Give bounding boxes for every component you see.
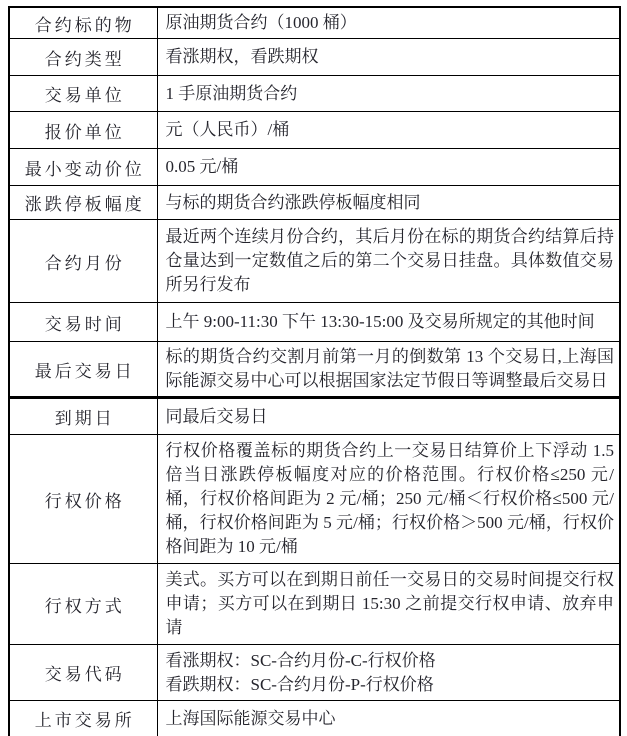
row-label: 合约类型 xyxy=(9,39,157,76)
row-value: 美式。买方可以在到期日前任一交易日的交易时间提交行权申请；买方可以在到期日 15… xyxy=(157,564,620,645)
table-row-trading-unit: 交易单位 1 手原油期货合约 xyxy=(9,76,620,112)
row-value: 原油期货合约（1000 桶） xyxy=(157,7,620,39)
row-value: 标的期货合约交割月前第一月的倒数第 13 个交易日,上海国际能源交易中心可以根据… xyxy=(157,342,620,398)
table-row-ticker-symbol: 交易代码 看涨期权：SC-合约月份-C-行权价格 看跌期权：SC-合约月份-P-… xyxy=(9,645,620,701)
row-value: 0.05 元/桶 xyxy=(157,149,620,186)
document-page: 合约标的物 原油期货合约（1000 桶） 合约类型 看涨期权，看跌期权 交易单位… xyxy=(0,0,627,736)
table-row-underlying: 合约标的物 原油期货合约（1000 桶） xyxy=(9,7,620,39)
row-label: 上市交易所 xyxy=(9,701,157,736)
row-label: 涨跌停板幅度 xyxy=(9,186,157,220)
table-row-contract-type: 合约类型 看涨期权，看跌期权 xyxy=(9,39,620,76)
row-value: 上午 9:00-11:30 下午 13:30-15:00 及交易所规定的其他时间 xyxy=(157,303,620,342)
table-row-listing-exchange: 上市交易所 上海国际能源交易中心 xyxy=(9,701,620,736)
table-row-contract-months: 合约月份 最近两个连续月份合约，其后月份在标的期货合约结算后持仓量达到一定数值之… xyxy=(9,220,620,303)
row-value: 1 手原油期货合约 xyxy=(157,76,620,112)
row-label: 行权价格 xyxy=(9,435,157,564)
row-value: 最近两个连续月份合约，其后月份在标的期货合约结算后持仓量达到一定数值之后的第二个… xyxy=(157,220,620,303)
table-row-tick-size: 最小变动价位 0.05 元/桶 xyxy=(9,149,620,186)
row-label: 最小变动价位 xyxy=(9,149,157,186)
table-row-price-limit: 涨跌停板幅度 与标的期货合约涨跌停板幅度相同 xyxy=(9,186,620,220)
row-label: 最后交易日 xyxy=(9,342,157,398)
row-value: 行权价格覆盖标的期货合约上一交易日结算价上下浮动 1.5 倍当日涨跌停板幅度对应… xyxy=(157,435,620,564)
row-value: 元（人民币）/桶 xyxy=(157,112,620,149)
table-row-trading-hours: 交易时间 上午 9:00-11:30 下午 13:30-15:00 及交易所规定… xyxy=(9,303,620,342)
row-value: 同最后交易日 xyxy=(157,398,620,435)
row-value: 看涨期权，看跌期权 xyxy=(157,39,620,76)
row-label: 行权方式 xyxy=(9,564,157,645)
table-row-expiry-date: 到期日 同最后交易日 xyxy=(9,398,620,435)
row-label: 交易时间 xyxy=(9,303,157,342)
row-label: 交易代码 xyxy=(9,645,157,701)
row-label: 报价单位 xyxy=(9,112,157,149)
row-label: 合约月份 xyxy=(9,220,157,303)
table-row-last-trading-day: 最后交易日 标的期货合约交割月前第一月的倒数第 13 个交易日,上海国际能源交易… xyxy=(9,342,620,398)
row-value: 与标的期货合约涨跌停板幅度相同 xyxy=(157,186,620,220)
row-label: 到期日 xyxy=(9,398,157,435)
table-row-strike-price: 行权价格 行权价格覆盖标的期货合约上一交易日结算价上下浮动 1.5 倍当日涨跌停… xyxy=(9,435,620,564)
table-row-exercise-style: 行权方式 美式。买方可以在到期日前任一交易日的交易时间提交行权申请；买方可以在到… xyxy=(9,564,620,645)
row-label: 合约标的物 xyxy=(9,7,157,39)
row-label: 交易单位 xyxy=(9,76,157,112)
row-value: 看涨期权：SC-合约月份-C-行权价格 看跌期权：SC-合约月份-P-行权价格 xyxy=(157,645,620,701)
row-value: 上海国际能源交易中心 xyxy=(157,701,620,736)
table-row-quote-unit: 报价单位 元（人民币）/桶 xyxy=(9,112,620,149)
contract-spec-table: 合约标的物 原油期货合约（1000 桶） 合约类型 看涨期权，看跌期权 交易单位… xyxy=(8,6,621,736)
